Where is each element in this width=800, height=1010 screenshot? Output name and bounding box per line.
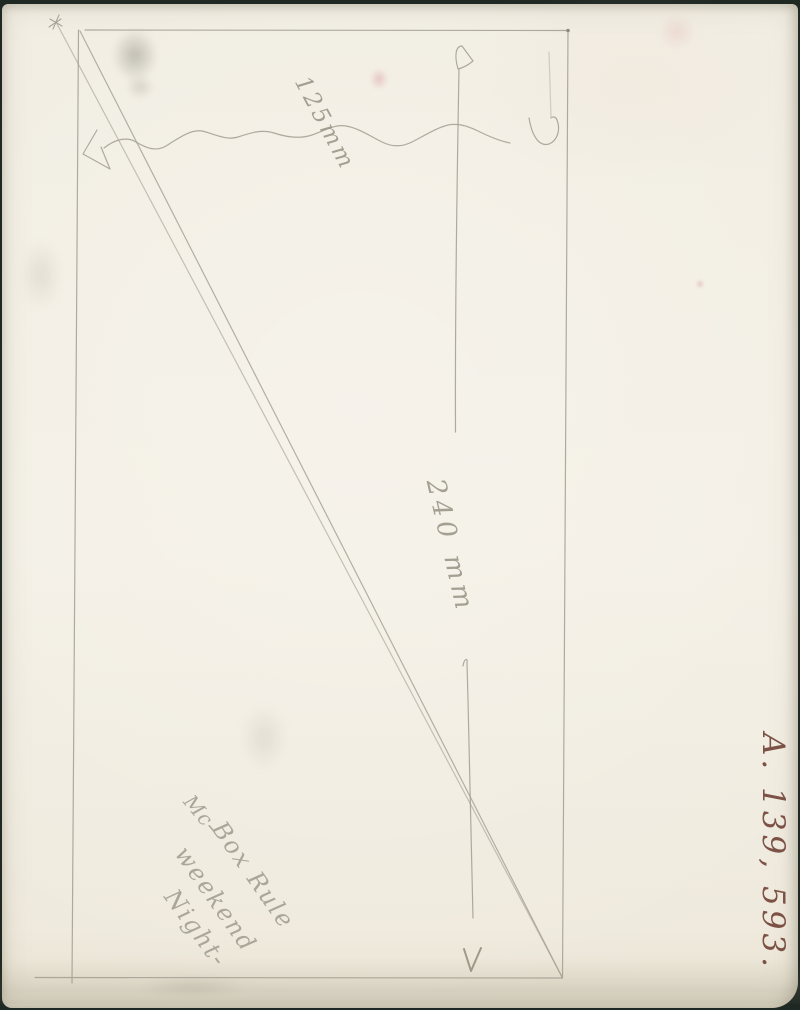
height-dimension-line <box>455 46 481 971</box>
crop-frame-outline <box>35 30 568 983</box>
check-mark <box>464 948 481 971</box>
scanned-photo-back: 125mm 240 mm A. 139, 593. Mc- Box Rule w… <box>0 0 800 1010</box>
diagonal-lines <box>56 22 562 977</box>
short-vertical-tick <box>549 52 551 117</box>
pencil-sketch-layer <box>0 0 800 1010</box>
flag-top <box>456 46 473 69</box>
hook-arrow-right <box>529 117 559 145</box>
pennant-flag-left <box>83 130 110 169</box>
asterisk-mark <box>49 15 62 29</box>
corner-dot-top-right <box>566 29 570 33</box>
archive-number: A. 139, 593. <box>755 733 791 971</box>
